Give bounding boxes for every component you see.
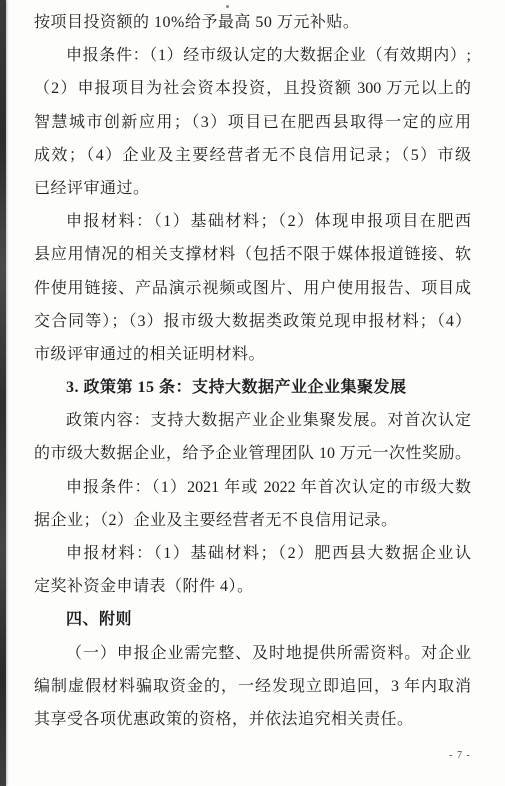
text-line: 其享受各项优惠政策的资格，并依法追究相关责任。 <box>34 703 471 736</box>
text-line: 申报材料：（1）基础材料；（2）肥西县大数据企业认 <box>34 537 471 570</box>
text-line: （2）申报项目为社会资本投资，且投资额 300 万元以上的 <box>34 72 471 105</box>
scan-edge-artifact <box>0 0 6 786</box>
text-line: 已经评审通过。 <box>34 172 471 205</box>
text-line: 编制虚假材料骗取资金的，一经发现立即追回，3 年内取消 <box>34 670 471 703</box>
text-line: 的市级大数据企业，给予企业管理团队 10 万元一次性奖励。 <box>34 437 471 470</box>
text-line: 智慧城市创新应用；（3）项目已在肥西县取得一定的应用 <box>34 106 471 139</box>
text-line: 县应用情况的相关支撑材料（包括不限于媒体报道链接、软 <box>34 238 471 271</box>
text-line: 政策内容：支持大数据产业企业集聚发展。对首次认定 <box>34 404 471 437</box>
text-line: 申报条件：（1）经市级认定的大数据企业（有效期内）; <box>34 39 471 72</box>
text-line: 申报条件：（1）2021 年或 2022 年首次认定的市级大数 <box>34 471 471 504</box>
text-line: 成效；（4）企业及主要经营者无不良信用记录；（5）市级 <box>34 139 471 172</box>
text-line: 市级评审通过的相关证明材料。 <box>34 338 471 371</box>
text-line: 据企业；（2）企业及主要经营者无不良信用记录。 <box>34 504 471 537</box>
text-line: 件使用链接、产品演示视频或图片、用户使用报告、项目成 <box>34 272 471 305</box>
text-line: 定奖补资金申请表（附件 4）。 <box>34 570 471 603</box>
text-line: （一）申报企业需完整、及时地提供所需资料。对企业 <box>34 637 471 670</box>
text-line: 按项目投资额的 10%给予最高 50 万元补贴。 <box>34 6 471 39</box>
page-number: - 7 - <box>440 750 480 761</box>
document-body: 按项目投资额的 10%给予最高 50 万元补贴。 申报条件：（1）经市级认定的大… <box>34 6 471 736</box>
document-page: 按项目投资额的 10%给予最高 50 万元补贴。 申报条件：（1）经市级认定的大… <box>0 0 505 786</box>
section-heading: 四、附则 <box>34 603 471 636</box>
section-heading: 3. 政策第 15 条：支持大数据产业企业集聚发展 <box>34 371 471 404</box>
text-line: 申报材料：（1）基础材料；（2）体现申报项目在肥西 <box>34 205 471 238</box>
text-line: 交合同等）；（3）报市级大数据类政策兑现申报材料；（4） <box>34 305 471 338</box>
